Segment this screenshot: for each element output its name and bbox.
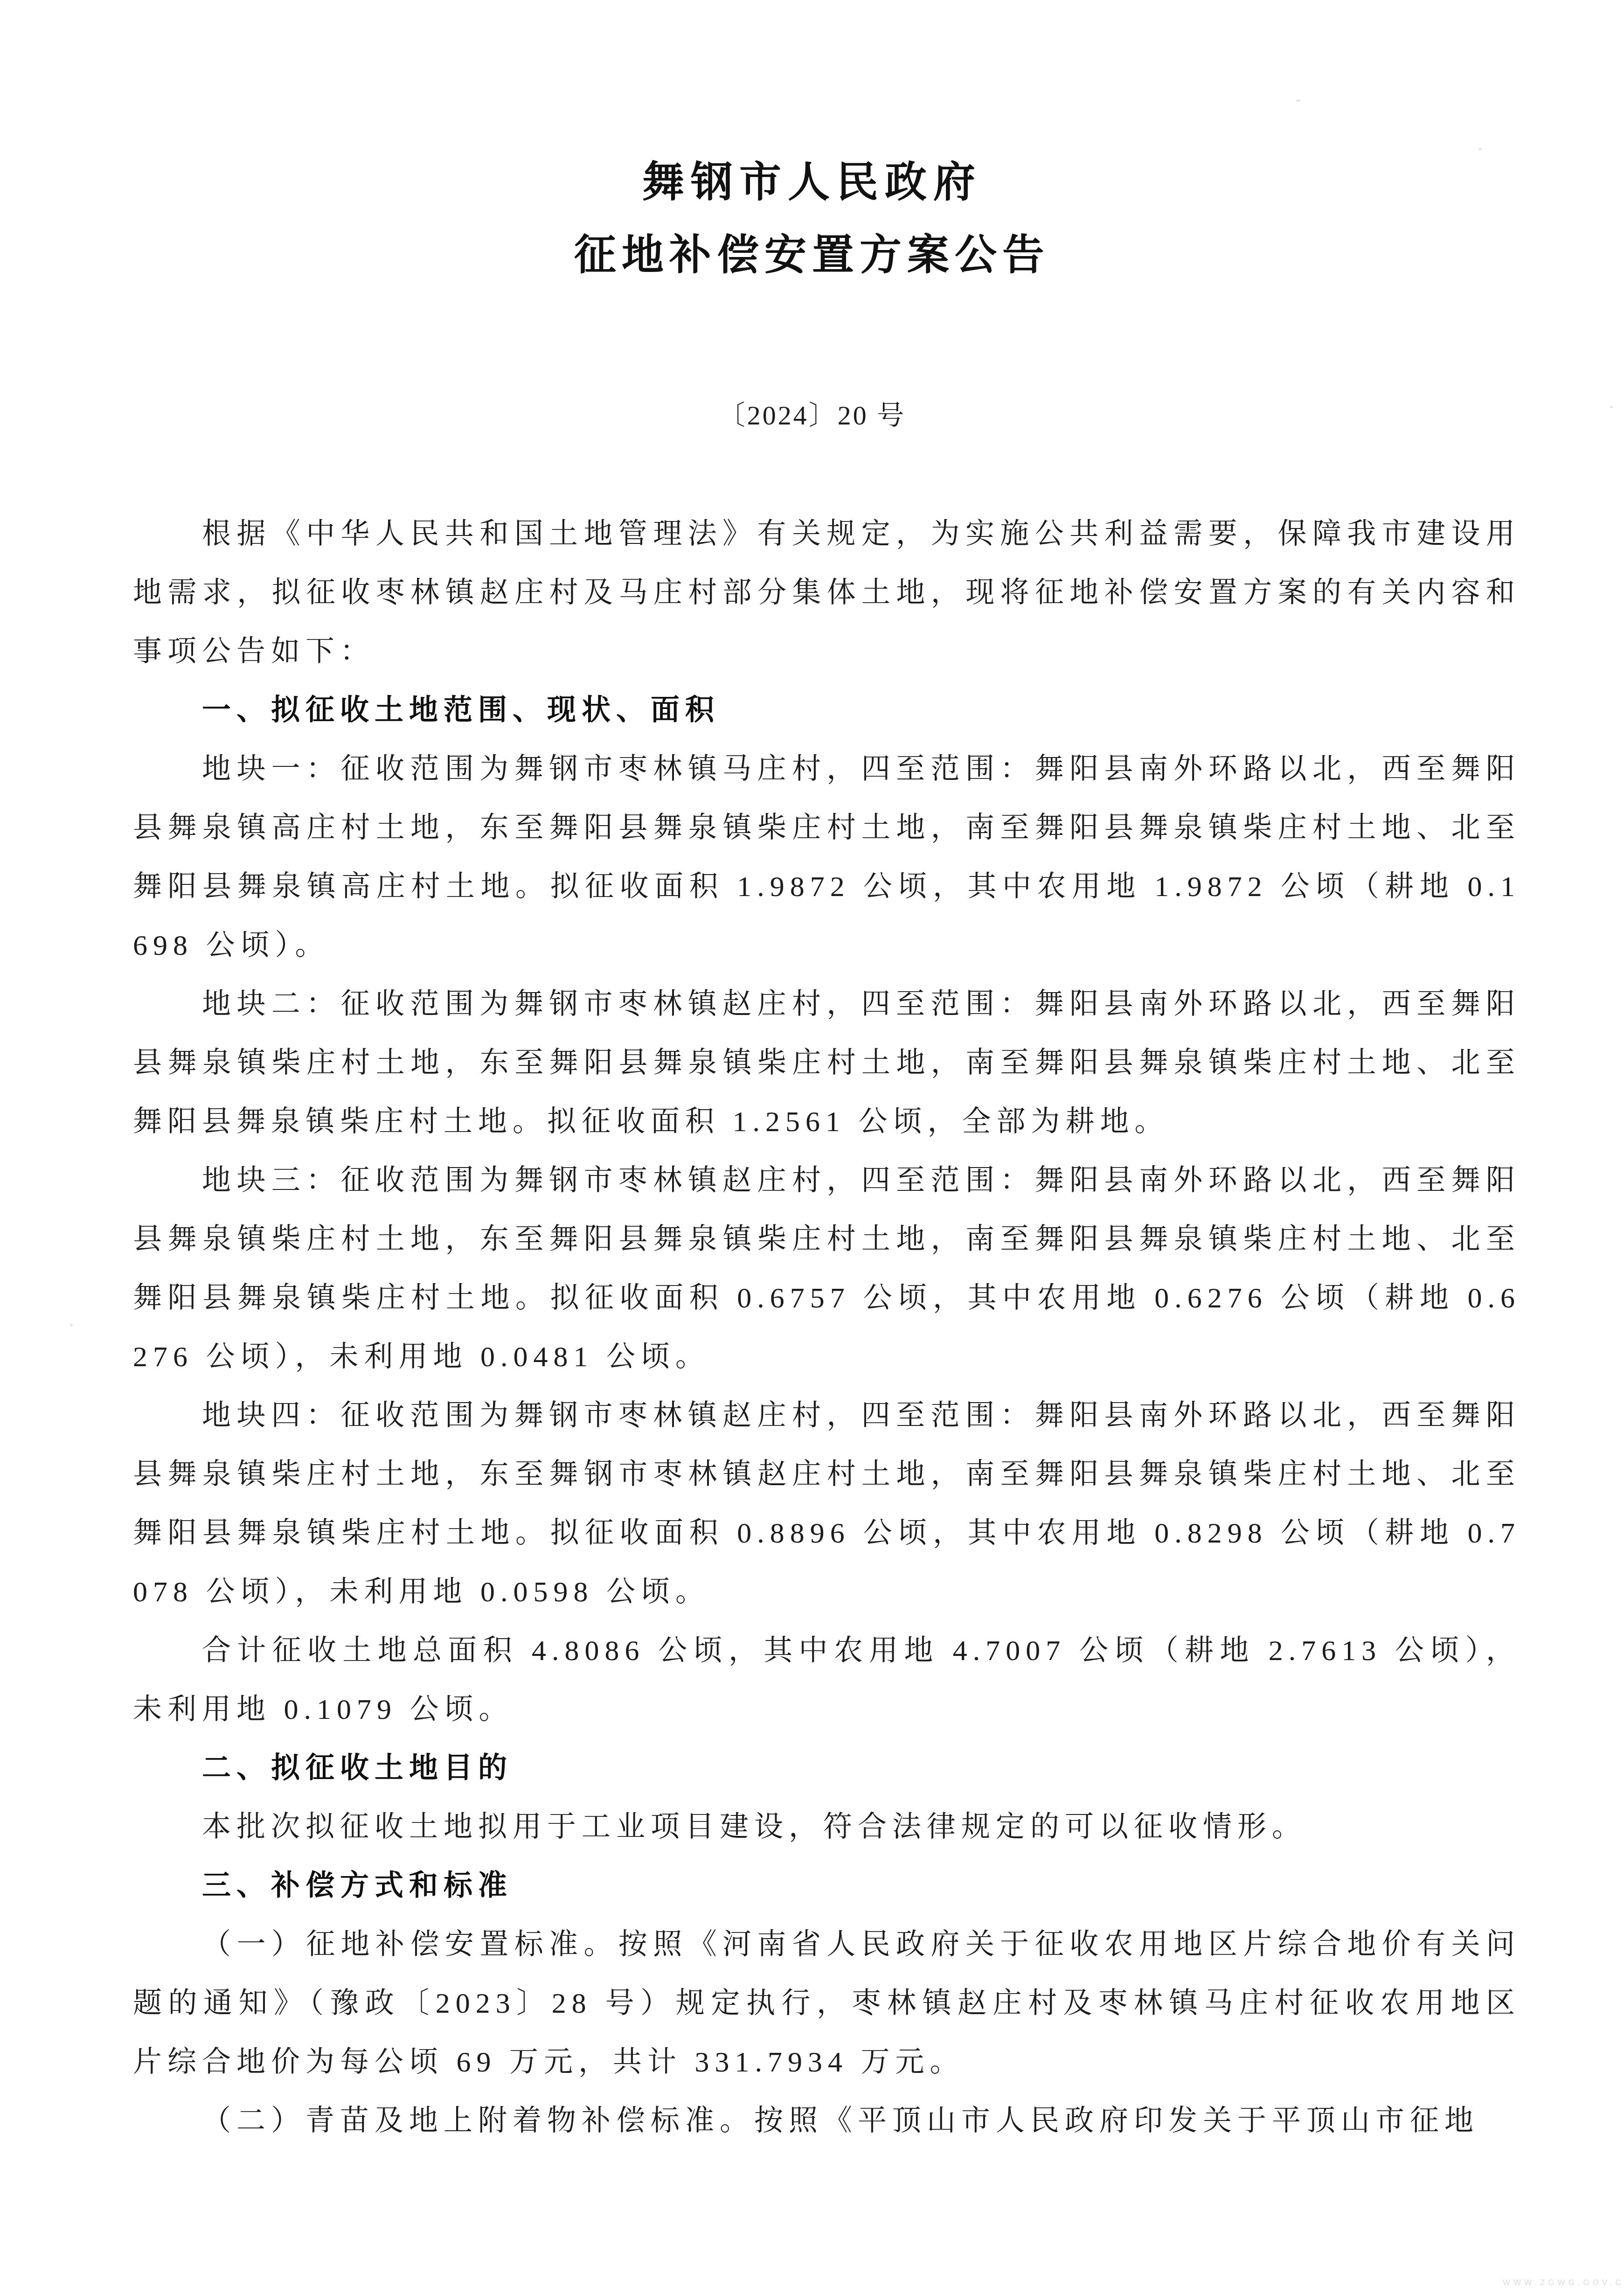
paragraph-intro: 根据《中华人民共和国土地管理法》有关规定，为实施公共利益需要，保障我市建设用地需… bbox=[133, 505, 1520, 681]
document-title-line2: 征地补偿安置方案公告 bbox=[0, 232, 1624, 278]
document-number: 〔2024〕20 号 bbox=[0, 393, 1624, 432]
section-heading-2: 二、拟征收土地目的 bbox=[133, 1739, 1520, 1798]
scan-noise-speck bbox=[1610, 406, 1613, 408]
paragraph-parcel-3: 地块三：征收范围为舞钢市枣林镇赵庄村，四至范围：舞阳县南外环路以北，西至舞阳县舞… bbox=[133, 1151, 1520, 1386]
paragraph-total-area: 合计征收土地总面积 4.8086 公顷，其中农用地 4.7007 公顷（耕地 2… bbox=[133, 1621, 1520, 1739]
section-heading-3: 三、补偿方式和标准 bbox=[133, 1856, 1520, 1915]
paragraph-parcel-2: 地块二：征收范围为舞钢市枣林镇赵庄村，四至范围：舞阳县南外环路以北，西至舞阳县舞… bbox=[133, 975, 1520, 1151]
scan-noise-speck bbox=[70, 1324, 73, 1327]
website-watermark: WWW.ZGWG.GOV.CN bbox=[1503, 2278, 1624, 2287]
paragraph-purpose: 本批次拟征收土地拟用于工业项目建设，符合法律规定的可以征收情形。 bbox=[133, 1798, 1520, 1856]
scanned-document-page: 舞钢市人民政府 征地补偿安置方案公告 〔2024〕20 号 根据《中华人民共和国… bbox=[0, 0, 1624, 2294]
scan-noise-speck bbox=[1296, 99, 1300, 102]
document-body: 根据《中华人民共和国土地管理法》有关规定，为实施公共利益需要，保障我市建设用地需… bbox=[133, 505, 1520, 2150]
section-heading-1: 一、拟征收土地范围、现状、面积 bbox=[133, 681, 1520, 740]
paragraph-compensation-1: （一）征地补偿安置标准。按照《河南省人民政府关于征收农用地区片综合地价有关问题的… bbox=[133, 1915, 1520, 2092]
scan-noise-speck bbox=[1478, 148, 1482, 150]
paragraph-parcel-4: 地块四：征收范围为舞钢市枣林镇赵庄村，四至范围：舞阳县南外环路以北，西至舞阳县舞… bbox=[133, 1386, 1520, 1621]
document-title-line1: 舞钢市人民政府 bbox=[0, 160, 1624, 206]
paragraph-parcel-1: 地块一：征收范围为舞钢市枣林镇马庄村，四至范围：舞阳县南外环路以北，西至舞阳县舞… bbox=[133, 740, 1520, 975]
paragraph-compensation-2: （二）青苗及地上附着物补偿标准。按照《平顶山市人民政府印发关于平顶山市征地 bbox=[133, 2092, 1520, 2150]
